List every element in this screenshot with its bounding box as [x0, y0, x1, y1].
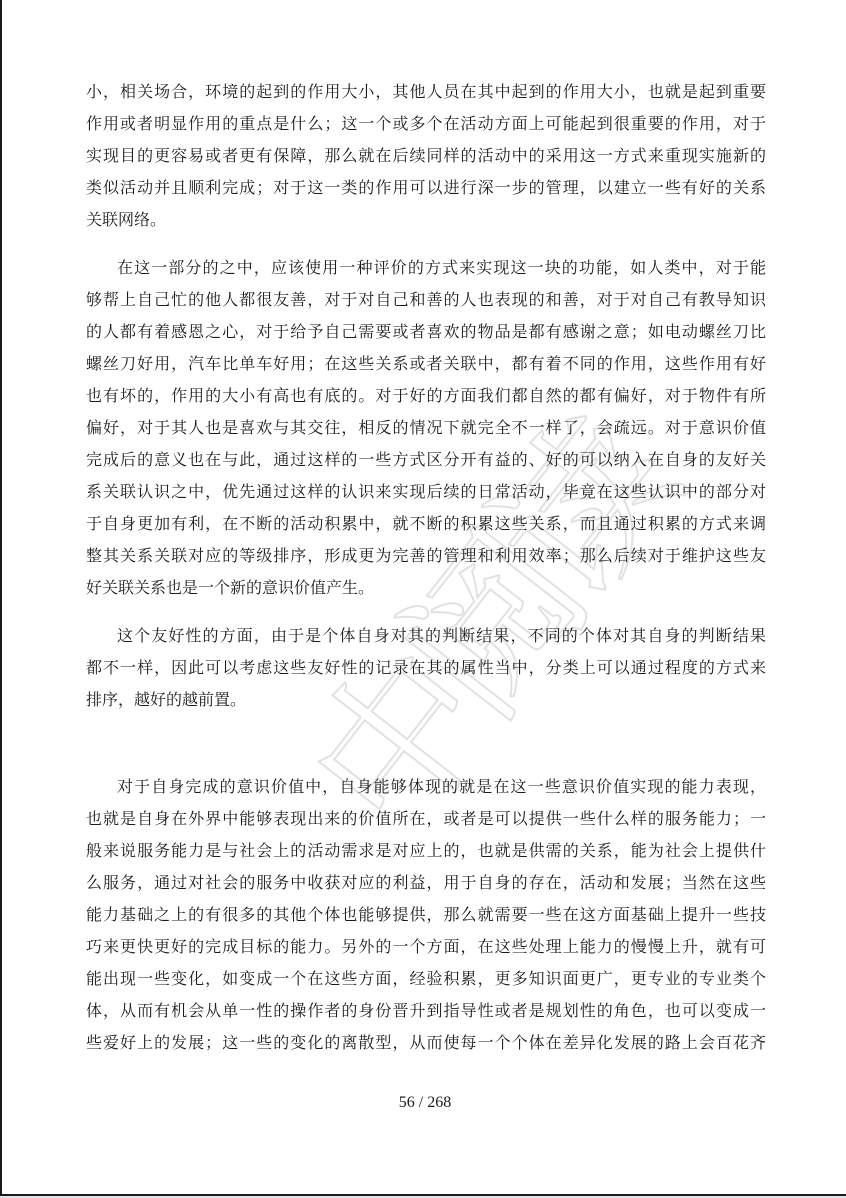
paragraph-1: 小，相关场合，环境的起到的作用大小，其他人员在其中起到的作用大小，也就是起到重要… — [86, 78, 766, 238]
paragraph-2: 在这一部分的之中，应该使用一种评价的方式来实现这一块的功能，如人类中，对于能 够… — [86, 254, 766, 606]
text-line: 小，相关场合，环境的起到的作用大小，其他人员在其中起到的作用大小，也就是起到重要 — [86, 78, 766, 110]
text-line: 些爱好上的发展；这一些的变化的离散型，从而使每一个个体在差异化发展的路上会百花齐 — [86, 1029, 766, 1061]
paragraph-spacer — [86, 238, 766, 254]
page-body: 小，相关场合，环境的起到的作用大小，其他人员在其中起到的作用大小，也就是起到重要… — [86, 78, 766, 1061]
text-line: 也就是自身在外界中能够表现出来的价值所在，或者是可以提供一些什么样的服务能力；一 — [86, 805, 766, 837]
text-line: 排序，越好的越前置。 — [86, 686, 766, 718]
text-line: 系关联认识之中，优先通过这样的认识来实现后续的日常活动，毕竟在这些认识中的部分对 — [86, 478, 766, 510]
text-line: 够帮上自己忙的他人都很友善，对于对自己和善的人也表现的和善，对于对自己有教导知识 — [86, 286, 766, 318]
text-line: 么服务，通过对社会的服务中收获对应的利益，用于自身的存在，活动和发展；当然在这些 — [86, 869, 766, 901]
text-line: 都不一样，因此可以考虑这些友好性的记录在其的属性当中，分类上可以通过程度的方式来 — [86, 654, 766, 686]
text-line: 好关联关系也是一个新的意识价值产生。 — [86, 574, 766, 606]
text-line: 般来说服务能力是与社会上的活动需求是对应上的，也就是供需的关系，能为社会上提供什 — [86, 837, 766, 869]
text-line: 在这一部分的之中，应该使用一种评价的方式来实现这一块的功能，如人类中，对于能 — [86, 254, 766, 286]
text-line: 于自身更加有利，在不断的活动积累中，就不断的积累这些关系，而且通过积累的方式来调 — [86, 510, 766, 542]
page-number: 56 / 268 — [2, 1094, 846, 1112]
paragraph-spacer — [86, 718, 766, 773]
text-line: 也有坏的，作用的大小有高也有底的。对于好的方面我们都自然的都有偏好，对于物件有所 — [86, 382, 766, 414]
text-line: 整其关系关联对应的等级排序，形成更为完善的管理和利用效率；那么后续对于维护这些友 — [86, 542, 766, 574]
text-line: 能出现一些变化，如变成一个在这些方面，经验积累，更多知识面更广，更专业的专业类个 — [86, 965, 766, 997]
text-line: 巧来更快更好的完成目标的能力。另外的一个方面，在这些处理上能力的慢慢上升，就有可 — [86, 933, 766, 965]
text-line: 关联网络。 — [86, 206, 766, 238]
text-line: 螺丝刀好用，汽车比单车好用；在这些关系或者关联中，都有着不同的作用，这些作用有好 — [86, 350, 766, 382]
text-line: 能力基础之上的有很多的其他个体也能够提供，那么就需要一些在这方面基础上提升一些技 — [86, 901, 766, 933]
document-page: 中阅读 小，相关场合，环境的起到的作用大小，其他人员在其中起到的作用大小，也就是… — [0, 0, 846, 1196]
text-line: 偏好，对于其人也是喜欢与其交往，相反的情况下就完全不一样了，会疏远。对于意识价值 — [86, 414, 766, 446]
paragraph-spacer — [86, 606, 766, 622]
paragraph-3: 这个友好性的方面，由于是个体自身对其的判断结果，不同的个体对其自身的判断结果 都… — [86, 622, 766, 718]
text-line: 的人都有着感恩之心，对于给予自己需要或者喜欢的物品是都有感谢之意；如电动螺丝刀比 — [86, 318, 766, 350]
text-line: 对于自身完成的意识价值中，自身能够体现的就是在这一些意识价值实现的能力表现， — [86, 773, 766, 805]
text-line: 体，从而有机会从单一性的操作者的身份晋升到指导性或者是规划性的角色，也可以变成一 — [86, 997, 766, 1029]
paragraph-4: 对于自身完成的意识价值中，自身能够体现的就是在这一些意识价值实现的能力表现， 也… — [86, 773, 766, 1061]
text-line: 这个友好性的方面，由于是个体自身对其的判断结果，不同的个体对其自身的判断结果 — [86, 622, 766, 654]
text-line: 实现目的更容易或者更有保障，那么就在后续同样的活动中的采用这一方式来重现实施新的 — [86, 142, 766, 174]
text-line: 类似活动并且顺利完成；对于这一类的作用可以进行深一步的管理，以建立一些有好的关系 — [86, 174, 766, 206]
text-line: 作用或者明显作用的重点是什么；这一个或多个在活动方面上可能起到很重要的作用，对于 — [86, 110, 766, 142]
text-line: 完成后的意义也在与此，通过这样的一些方式区分开有益的、好的可以纳入在自身的友好关 — [86, 446, 766, 478]
